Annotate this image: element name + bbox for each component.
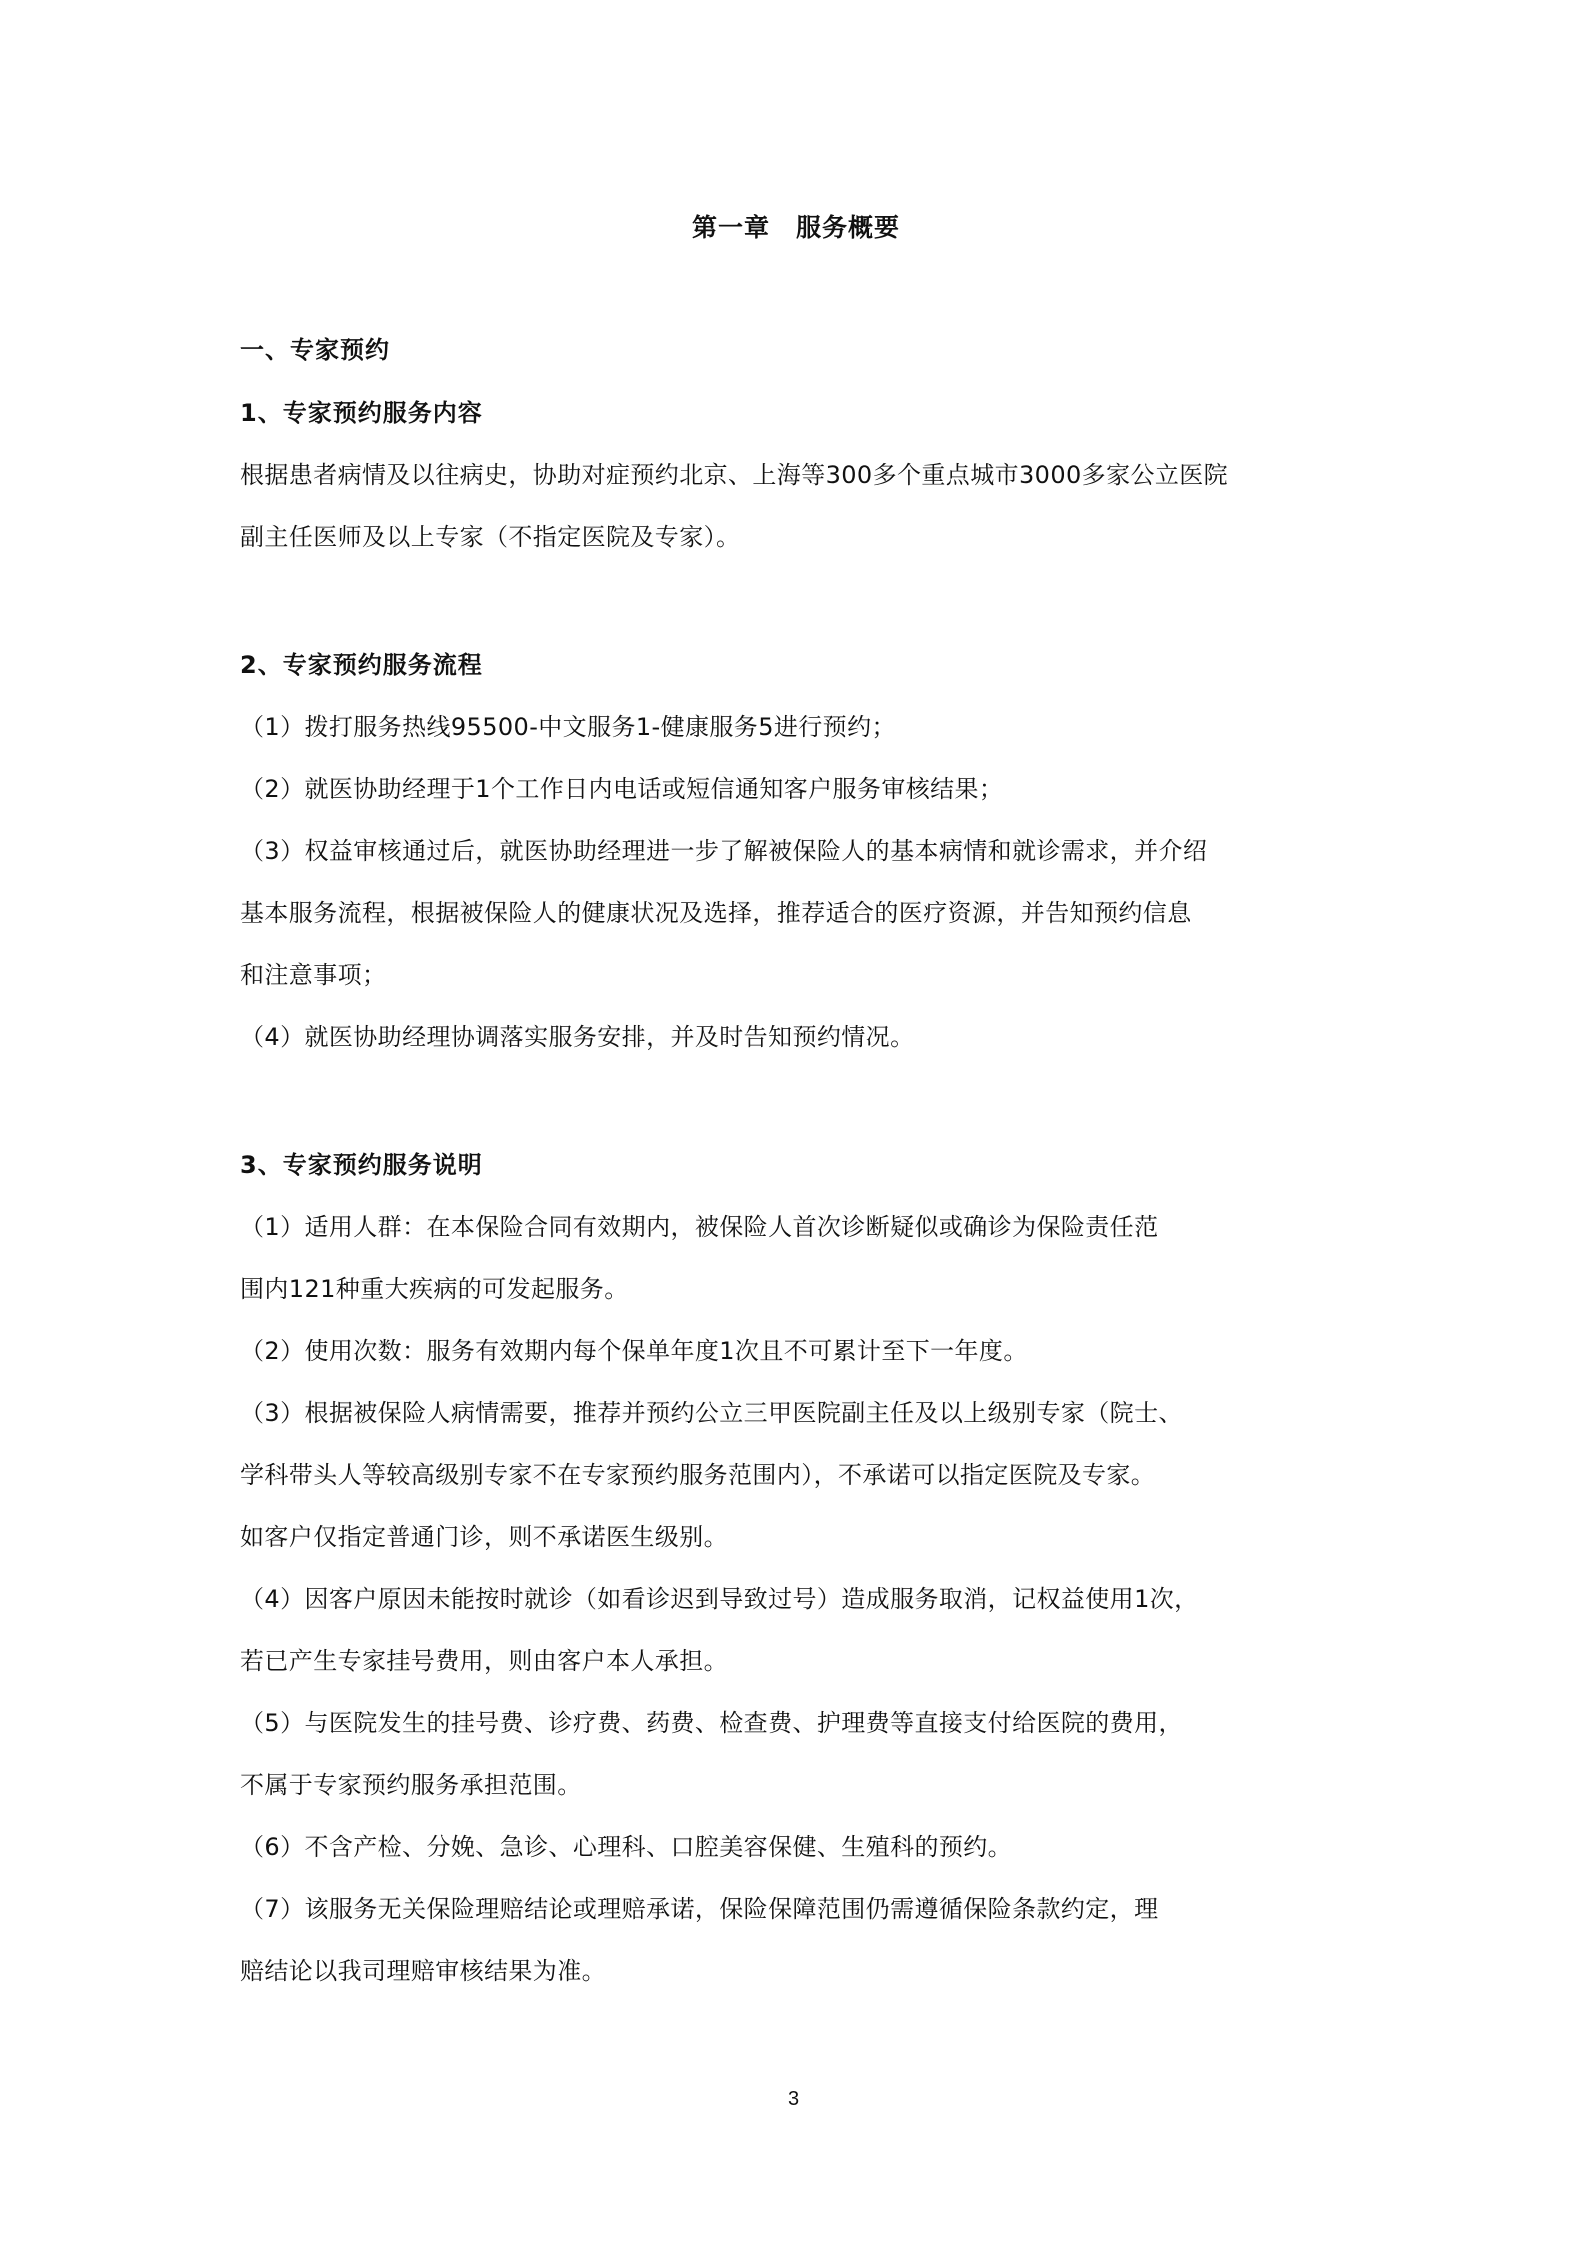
list-item: （7）该服务无关保险理赔结论或理赔承诺，保险保障范围仍需遵循保险条款约定，理 (240, 1894, 1158, 1924)
list-item: （4）就医协助经理协调落实服务安排，并及时告知预约情况。 (240, 1022, 914, 1052)
subsection-heading-2: 2、专家预约服务流程 (240, 650, 483, 680)
list-item-continuation: 赔结论以我司理赔审核结果为准。 (240, 1956, 606, 1986)
page-number: 3 (0, 2088, 1587, 2111)
list-item-continuation: 学科带头人等较高级别专家不在专家预约服务范围内），不承诺可以指定医院及专家。 (240, 1460, 1155, 1490)
subsection-heading-1: 1、专家预约服务内容 (240, 398, 483, 428)
list-item-continuation: 基本服务流程，根据被保险人的健康状况及选择，推荐适合的医疗资源，并告知预约信息 (240, 898, 1192, 928)
paragraph-line: 副主任医师及以上专家（不指定医院及专家）。 (240, 522, 740, 552)
list-item: （5）与医院发生的挂号费、诊疗费、药费、检查费、护理费等直接支付给医院的费用， (240, 1708, 1183, 1738)
list-item-continuation: 和注意事项； (240, 960, 386, 990)
list-item-continuation: 不属于专家预约服务承担范围。 (240, 1770, 582, 1800)
paragraph-line: 根据患者病情及以往病史，协助对症预约北京、上海等300多个重点城市3000多家公… (240, 460, 1228, 490)
section-title: 一、专家预约 (240, 335, 390, 365)
list-item: （6）不含产检、分娩、急诊、心理科、口腔美容保健、生殖科的预约。 (240, 1832, 1012, 1862)
list-item: （4）因客户原因未能按时就诊（如看诊迟到导致过号）造成服务取消，记权益使用1次， (240, 1584, 1199, 1614)
list-item: （3）根据被保险人病情需要，推荐并预约公立三甲医院副主任及以上级别专家（院士、 (240, 1398, 1183, 1428)
list-item: （2）使用次数：服务有效期内每个保单年度1次且不可累计至下一年度。 (240, 1336, 1028, 1366)
list-item: （1）适用人群：在本保险合同有效期内，被保险人首次诊断疑似或确诊为保险责任范 (240, 1212, 1158, 1242)
list-item-continuation: 围内121种重大疾病的可发起服务。 (240, 1274, 629, 1304)
chapter-title: 第一章 服务概要 (240, 208, 1352, 244)
list-item-continuation: 若已产生专家挂号费用，则由客户本人承担。 (240, 1646, 728, 1676)
subsection-heading-3: 3、专家预约服务说明 (240, 1150, 483, 1180)
list-item: （1）拨打服务热线95500-中文服务1-健康服务5进行预约； (240, 712, 896, 742)
list-item: （2）就医协助经理于1个工作日内电话或短信通知客户服务审核结果； (240, 774, 1003, 804)
list-item: （3）权益审核通过后，就医协助经理进一步了解被保险人的基本病情和就诊需求，并介绍 (240, 836, 1207, 866)
list-item-continuation: 如客户仅指定普通门诊，则不承诺医生级别。 (240, 1522, 728, 1552)
